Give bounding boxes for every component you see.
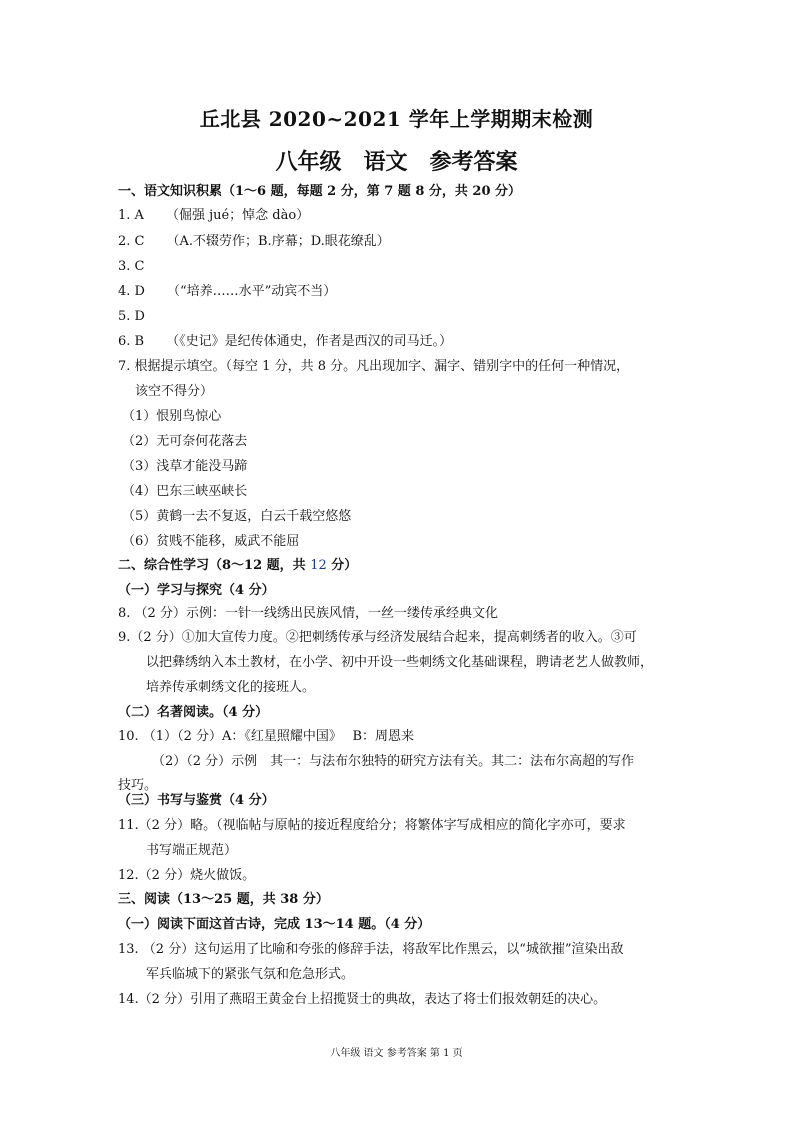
answer-3: 3. C	[118, 259, 144, 275]
q7-answer-4: （4）巴东三峡巫峡长	[122, 484, 247, 500]
section2-heading-text: 二、综合性学习（8～12 题，共	[118, 558, 310, 573]
q7-answer-6: （6）贫贱不能移，威武不能屈	[122, 534, 299, 550]
document-subtitle: 八年级 语文 参考答案	[0, 145, 793, 176]
answer-4: 4. D（“培养……水平”动宾不当）	[118, 284, 336, 300]
question-7-line2: 该空不得分）	[135, 384, 213, 400]
question-8: 8. （2 分）示例：一针一线绣出民族风情，一丝一缕传承经典文化	[118, 606, 498, 622]
question-14: 14.（2 分）引用了燕昭王黄金台上招揽贤士的典故，表达了将士们报效朝廷的决心。	[118, 992, 606, 1008]
answer-2: 2. C（A.不辍劳作；B.序幕；D.眼花缭乱）	[118, 234, 390, 250]
question-12: 12.（2 分）烧火做饭。	[118, 868, 255, 884]
question-7-line1: 7. 根据提示填空。（每空 1 分，共 8 分。凡出现加字、漏字、错别字中的任何…	[118, 359, 629, 375]
section2-total-score: 12	[310, 558, 327, 573]
answer-num: 1. A	[118, 208, 144, 223]
answer-num: 5. D	[118, 309, 145, 324]
q7-answer-5: （5）黄鹤一去不复返，白云千载空悠悠	[122, 509, 351, 525]
section2-sub2-heading: （二）名著阅读。（4 分）	[118, 705, 268, 721]
answer-note: （A.不辍劳作；B.序幕；D.眼花缭乱）	[166, 234, 389, 249]
question-11-line1: 11.（2 分）略。（视临帖与原帖的接近程度给分；将繁体字写成相应的简化字亦可，…	[118, 818, 626, 834]
q7-answer-1: （1）恨别鸟惊心	[122, 409, 221, 425]
section2-heading-tail: 分）	[327, 558, 358, 573]
section2-heading: 二、综合性学习（8～12 题，共 12 分）	[118, 558, 357, 574]
answer-num: 6. B	[118, 334, 144, 349]
answer-note: （倔强 jué；悼念 dào）	[166, 208, 309, 223]
document-page: 丘北县 2020~2021 学年上学期期末检测 八年级 语文 参考答案 一、语文…	[0, 0, 793, 1122]
question-13-line2: 军兵临城下的紧张气氛和危急形式。	[146, 967, 354, 983]
section3-heading: 三、阅读（13～25 题，共 38 分）	[118, 892, 329, 908]
answer-num: 4. D	[118, 284, 145, 299]
question-9-line2: 以把彝绣纳入本土教材，在小学、初中开设一些刺绣文化基础课程，聘请老艺人做教师，	[146, 655, 653, 671]
section3-sub1-heading: （一）阅读下面这首古诗，完成 13～14 题。（4 分）	[118, 917, 430, 933]
section2-sub3-heading: （三）书写与鉴赏（4 分）	[118, 793, 275, 809]
question-9-line3: 培养传承刺绣文化的接班人。	[146, 680, 315, 696]
document-title: 丘北县 2020~2021 学年上学期期末检测	[0, 103, 793, 132]
section1-heading: 一、语文知识积累（1～6 题，每题 2 分，第 7 题 8 分，共 20 分）	[118, 184, 521, 200]
answer-num: 2. C	[118, 234, 144, 249]
page-footer: 八年级 语文 参考答案 第 1 页	[0, 1044, 793, 1059]
answer-num: 3. C	[118, 259, 144, 274]
question-10-line2: （2）（2 分）示例 其一：与法布尔独特的研究方法有关。其二：法布尔高超的写作	[152, 754, 634, 770]
question-10-line3: 技巧。	[118, 778, 157, 794]
answer-note: （“培养……水平”动宾不当）	[167, 284, 336, 299]
answer-note: （《史记》是纪传体通史，作者是西汉的司马迁。）	[166, 334, 452, 349]
answer-5: 5. D	[118, 309, 145, 325]
q7-answer-3: （3）浅草才能没马蹄	[122, 459, 247, 475]
answer-6: 6. B（《史记》是纪传体通史，作者是西汉的司马迁。）	[118, 334, 452, 350]
question-11-line2: 书写端正规范）	[146, 843, 237, 859]
q7-answer-2: （2）无可奈何花落去	[122, 434, 247, 450]
answer-1: 1. A（倔强 jué；悼念 dào）	[118, 208, 309, 224]
question-10-line1: 10. （1）（2 分）A：《红星照耀中国》 B：周恩来	[118, 729, 414, 745]
question-9-line1: 9.（2 分）①加大宣传力度。②把刺绣传承与经济发展结合起来，提高刺绣者的收入。…	[118, 630, 637, 646]
question-13-line1: 13. （2 分）这句运用了比喻和夸张的修辞手法，将敌军比作黑云，以“城欲摧”渲…	[118, 942, 624, 958]
section2-sub1-heading: （一）学习与探究（4 分）	[118, 583, 275, 599]
